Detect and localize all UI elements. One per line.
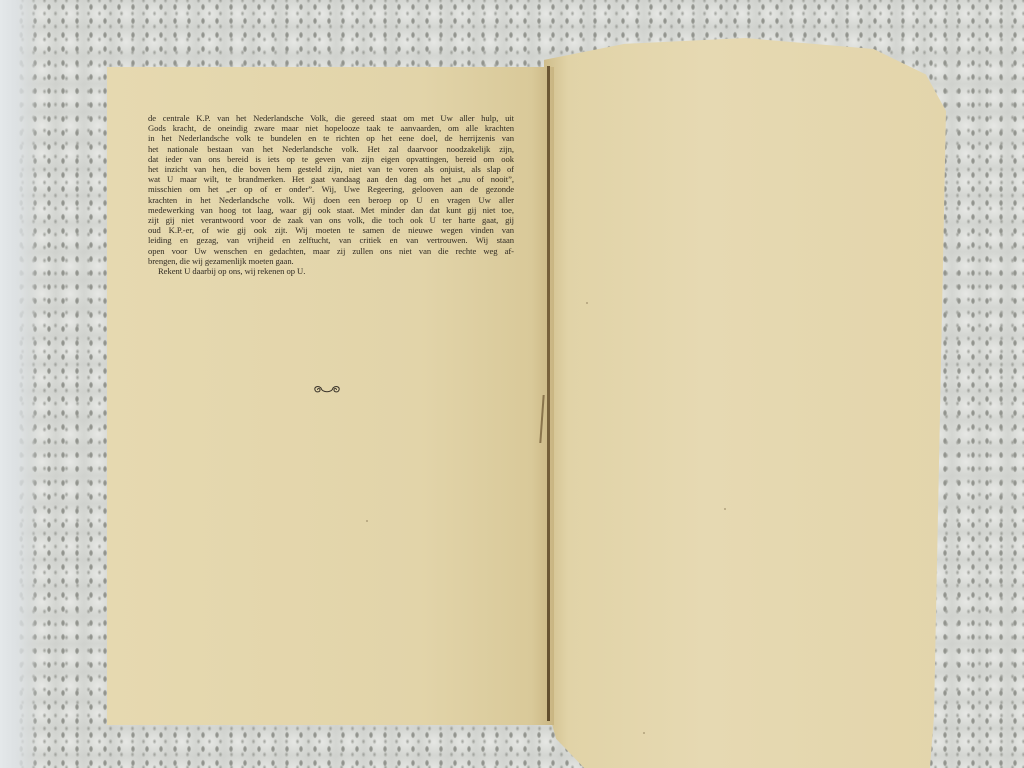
text-line: dat ieder van ons bereid is iets op te g…: [148, 154, 514, 164]
paper-speck: [366, 520, 368, 522]
text-line: het nationale bestaan van het Nederlands…: [148, 144, 514, 154]
text-line: leiding en gezag, van vrijheid en zelftu…: [148, 235, 514, 245]
text-line: brengen, die wij gezamenlijk moeten gaan…: [148, 256, 514, 266]
text-line: de centrale K.P. van het Nederlandsche V…: [148, 113, 514, 123]
paper-speck: [724, 508, 726, 510]
text-line: wat U maar wilt, te brandmerken. Het gaa…: [148, 174, 514, 184]
paper-speck: [643, 732, 645, 734]
booklet-spine: [547, 66, 550, 721]
paper-speck: [586, 302, 588, 304]
text-line: Gods kracht, de oneindig zware maar niet…: [148, 123, 514, 133]
closing-line: Rekent U daarbij op ons, wij rekenen op …: [148, 266, 514, 276]
right-page-blank: [544, 38, 946, 768]
text-line: medewerking van hoog tot laag, waar gij …: [148, 205, 514, 215]
text-line: zijt gij niet verantwoord voor de zaak v…: [148, 215, 514, 225]
scroll-ornament-icon: [312, 381, 342, 399]
text-line: het inzicht van hen, die boven hem geste…: [148, 164, 514, 174]
table-surface: [0, 0, 40, 768]
text-line: in het Nederlandsche volk te bundelen en…: [148, 133, 514, 143]
text-line: oud K.P.-er, of wie gij ook zijt. Wij mo…: [148, 225, 514, 235]
text-line: krachten in het Nederlandsche volk. Wij …: [148, 195, 514, 205]
left-page-text: de centrale K.P. van het Nederlandsche V…: [148, 113, 514, 276]
text-line: open voor Uw wenschen en gedachten, maar…: [148, 246, 514, 256]
text-line: misschien om het „er op of er onder”. Wi…: [148, 184, 514, 194]
